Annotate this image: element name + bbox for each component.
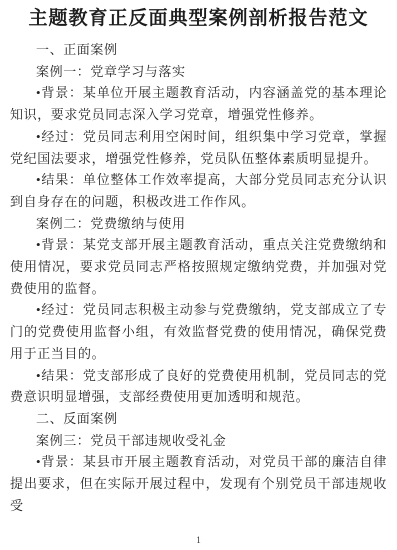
section-heading: 一、正面案例 bbox=[10, 39, 387, 61]
bullet-item: •背景：某党支部开展主题教育活动，重点关注党费缴纳和使用情况，要求党员同志严格按… bbox=[10, 234, 387, 299]
document-body: 一、正面案例 案例一：党章学习与落实 •背景：某单位开展主题教育活动，内容涵盖党… bbox=[10, 39, 387, 516]
page-number: 1 bbox=[0, 535, 397, 545]
bullet-item: •经过：党员同志积极主动参与党费缴纳，党支部成立了专门的党费使用监督小组，有效监… bbox=[10, 299, 387, 364]
document-title: 主题教育正反面典型案例剖析报告范文 bbox=[10, 5, 387, 32]
bullet-item: •背景：某县市开展主题教育活动，对党员干部的廉洁自律提出要求，但在实际开展过程中… bbox=[10, 451, 387, 516]
bullet-item: •结果：党支部形成了良好的党费使用机制，党员同志的党费意识明显增强，支部经费使用… bbox=[10, 365, 387, 408]
case-title: 案例一：党章学习与落实 bbox=[10, 61, 387, 83]
case-title: 案例二：党费缴纳与使用 bbox=[10, 213, 387, 235]
bullet-item: •背景：某单位开展主题教育活动，内容涵盖党的基本理论知识，要求党员同志深入学习党… bbox=[10, 82, 387, 125]
case-title: 案例三：党员干部违规收受礼金 bbox=[10, 430, 387, 452]
document-page: 主题教育正反面典型案例剖析报告范文 一、正面案例 案例一：党章学习与落实 •背景… bbox=[0, 0, 397, 550]
bullet-item: •经过：党员同志利用空闲时间，组织集中学习党章，掌握党纪国法要求，增强党性修养，… bbox=[10, 126, 387, 169]
bullet-item: •结果：单位整体工作效率提高，大部分党员同志充分认识到自身存在的问题，积极改进工… bbox=[10, 169, 387, 212]
section-heading: 二、反面案例 bbox=[10, 408, 387, 430]
